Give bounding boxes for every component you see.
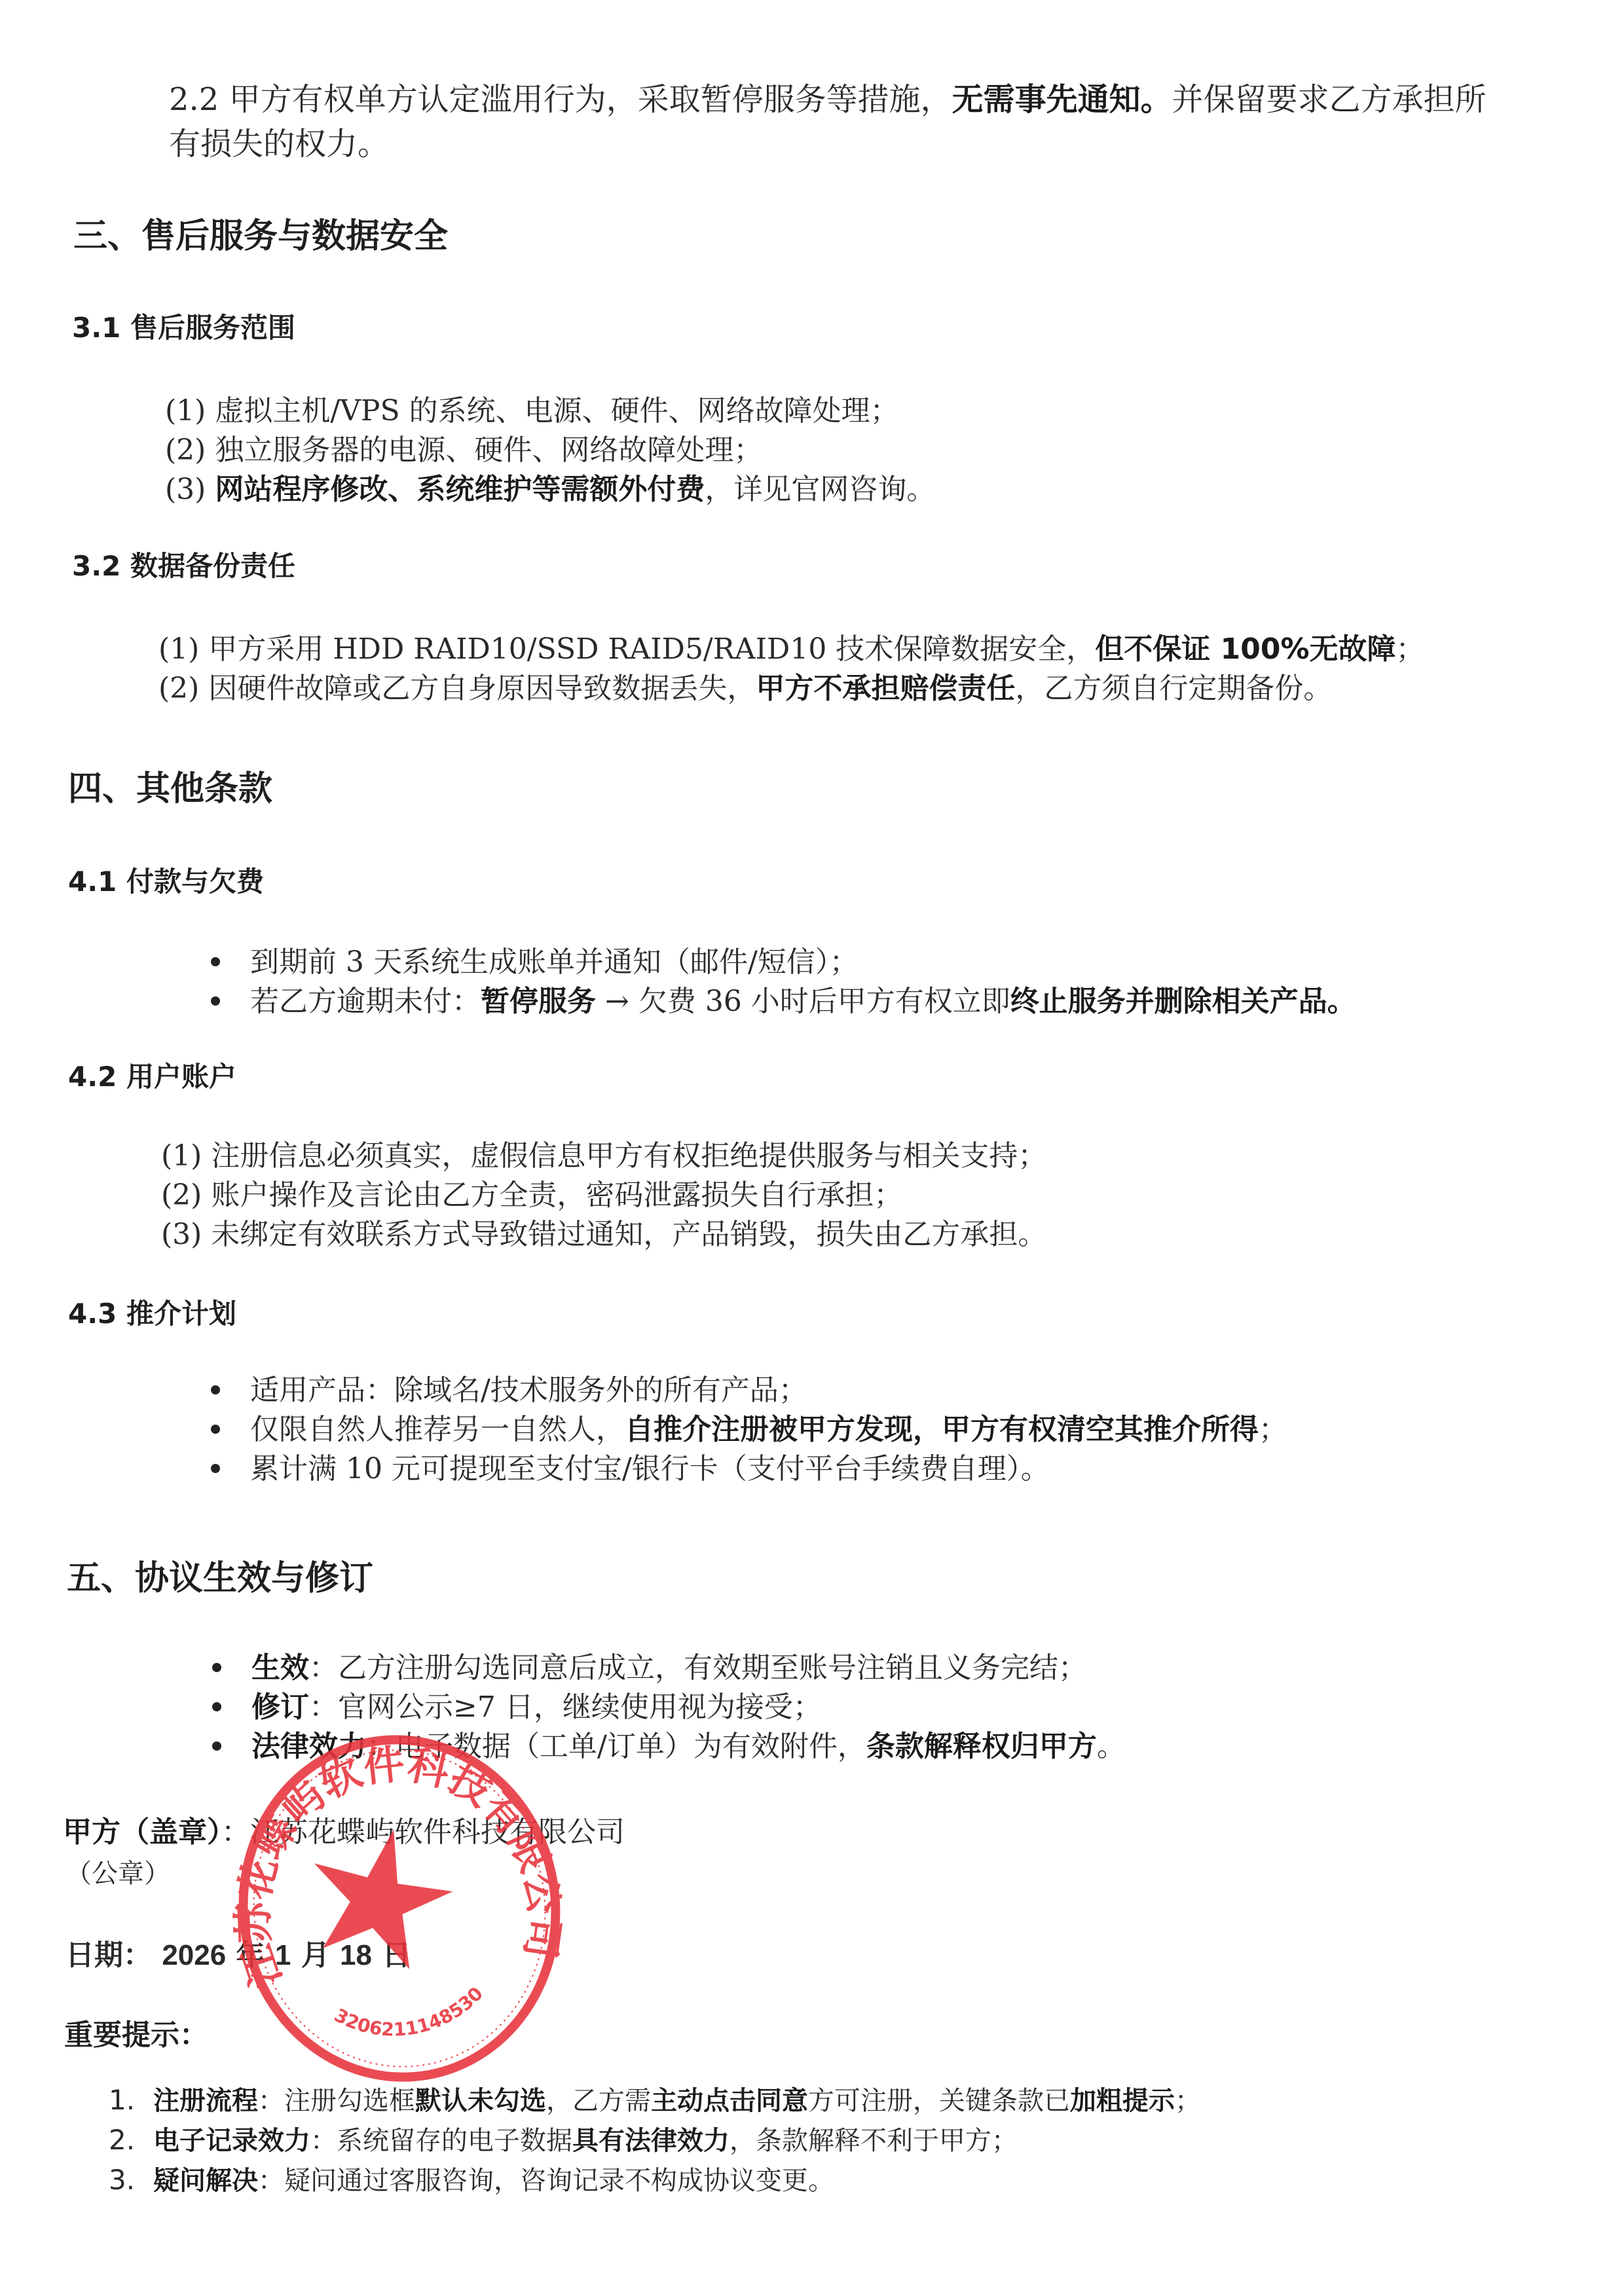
- party-a-signature: 甲方（盖章）：江苏花蝶屿软件科技有限公司: [63, 1808, 625, 1850]
- list-item: (1)注册信息必须真实，虚假信息甲方有权拒绝提供服务与相关支持；: [161, 1137, 1046, 1176]
- list-item: (3)网站程序修改、系统维护等需额外付费，详见官网咨询。: [165, 470, 935, 509]
- note-item: 2.电子记录效力：系统留存的电子数据具有法律效力，条款解释不利于甲方；: [109, 2121, 1201, 2160]
- section-3-title: 三、售后服务与数据安全: [73, 208, 448, 257]
- list-item: (3)未绑定有效联系方式导致错过通知，产品销毁，损失由乙方承担。: [161, 1215, 1046, 1254]
- bullet-icon: [212, 1702, 221, 1711]
- clause-bold: 无需事先通知。: [952, 81, 1172, 118]
- clause-number: 2.2: [169, 81, 219, 118]
- date-day: 18: [340, 1939, 372, 1971]
- note-item: 1.注册流程：注册勾选框默认未勾选，乙方需主动点击同意方可注册，关键条款已加粗提…: [109, 2081, 1201, 2121]
- date-month: 1: [275, 1939, 291, 1971]
- list-item: 修订：官网公示≥7 日，继续使用视为接受；: [212, 1688, 1126, 1727]
- bullet-icon: [211, 1425, 220, 1434]
- seal-note: （公章）: [65, 1853, 170, 1890]
- section-5-title: 五、协议生效与修订: [67, 1550, 373, 1599]
- section-4-3-title: 4.3 推介计划: [68, 1292, 236, 1332]
- list-item: 法律效力：电子数据（工单/订单）为有效附件，条款解释权归甲方。: [212, 1727, 1126, 1766]
- section-4-2-list: (1)注册信息必须真实，虚假信息甲方有权拒绝提供服务与相关支持； (2)账户操作…: [161, 1137, 1046, 1254]
- bullet-icon: [211, 996, 220, 1006]
- seal-ring: [228, 1728, 568, 2095]
- list-item: (2)账户操作及言论由乙方全责，密码泄露损失自行承担；: [161, 1176, 1046, 1215]
- bullet-icon: [212, 1741, 221, 1751]
- list-item: 若乙方逾期未付：暂停服务 → 欠费 36 小时后甲方有权立即终止服务并删除相关产…: [211, 982, 1356, 1021]
- list-item: (2)独立服务器的电源、硬件、网络故障处理；: [165, 431, 935, 470]
- list-item: 适用产品：除域名/技术服务外的所有产品；: [211, 1371, 1287, 1410]
- list-item: 仅限自然人推荐另一自然人，自推介注册被甲方发现，甲方有权清空其推介所得；: [211, 1410, 1287, 1449]
- seal-inner-ring: [233, 1731, 565, 2085]
- note-item: 3.疑问解决：疑问通过客服咨询，咨询记录不构成协议变更。: [109, 2160, 1201, 2200]
- list-item: 到期前 3 天系统生成账单并通知（邮件/短信）；: [211, 943, 1356, 982]
- bullet-icon: [211, 1464, 220, 1473]
- section-4-3-list: 适用产品：除域名/技术服务外的所有产品； 仅限自然人推荐另一自然人，自推介注册被…: [211, 1371, 1287, 1489]
- section-3-1-list: (1)虚拟主机/VPS 的系统、电源、硬件、网络故障处理； (2)独立服务器的电…: [165, 392, 935, 509]
- party-label: 甲方（盖章）: [63, 1815, 221, 1849]
- section-3-2-title: 3.2 数据备份责任: [72, 545, 295, 584]
- list-item: (2)因硬件故障或乙方自身原因导致数据丢失，甲方不承担赔偿责任，乙方须自行定期备…: [158, 669, 1425, 708]
- list-item: (1)虚拟主机/VPS 的系统、电源、硬件、网络故障处理；: [165, 392, 935, 431]
- list-item: 累计满 10 元可提现至支付宝/银行卡（支付平台手续费自理）。: [211, 1449, 1287, 1489]
- notes-list: 1.注册流程：注册勾选框默认未勾选，乙方需主动点击同意方可注册，关键条款已加粗提…: [109, 2081, 1201, 2200]
- signing-date: 日期： 2026 年 1 月 18 日: [65, 1931, 411, 1973]
- section-4-title: 四、其他条款: [68, 761, 272, 810]
- list-item: 生效：乙方注册勾选同意后成立，有效期至账号注销且义务完结；: [212, 1649, 1126, 1688]
- seal-code: 3206211148530: [331, 1982, 487, 2040]
- clause-text: 甲方有权单方认定滥用行为，采取暂停服务等措施，: [229, 81, 952, 118]
- company-seal-stamp: 江苏花蝶屿软件科技有限公司 3206211148530: [228, 1728, 568, 2095]
- bullet-icon: [211, 1385, 220, 1394]
- clause-2-2: 2.2 甲方有权单方认定滥用行为，采取暂停服务等措施，无需事先通知。并保留要求乙…: [169, 77, 1486, 166]
- section-3-1-title: 3.1 售后服务范围: [72, 306, 295, 346]
- date-year: 2026: [162, 1939, 226, 1971]
- clause-text: 并保留要求乙方承担所: [1172, 81, 1486, 118]
- clause-2-2-line2: 有损失的权力。: [169, 122, 1486, 166]
- bullet-icon: [212, 1663, 221, 1672]
- section-5-list: 生效：乙方注册勾选同意后成立，有效期至账号注销且义务完结； 修订：官网公示≥7 …: [212, 1649, 1126, 1766]
- notes-title: 重要提示：: [64, 2011, 208, 2053]
- section-4-1-list: 到期前 3 天系统生成账单并通知（邮件/短信）； 若乙方逾期未付：暂停服务 → …: [211, 943, 1356, 1021]
- clause-2-2-line1: 2.2 甲方有权单方认定滥用行为，采取暂停服务等措施，无需事先通知。并保留要求乙…: [169, 77, 1486, 122]
- company-name: 江苏花蝶屿软件科技有限公司: [250, 1815, 625, 1849]
- section-3-2-list: (1)甲方采用 HDD RAID10/SSD RAID5/RAID10 技术保障…: [158, 630, 1425, 708]
- section-4-2-title: 4.2 用户账户: [68, 1055, 236, 1095]
- bullet-icon: [211, 957, 220, 966]
- section-4-1-title: 4.1 付款与欠费: [68, 860, 264, 900]
- list-item: (1)甲方采用 HDD RAID10/SSD RAID5/RAID10 技术保障…: [158, 630, 1425, 669]
